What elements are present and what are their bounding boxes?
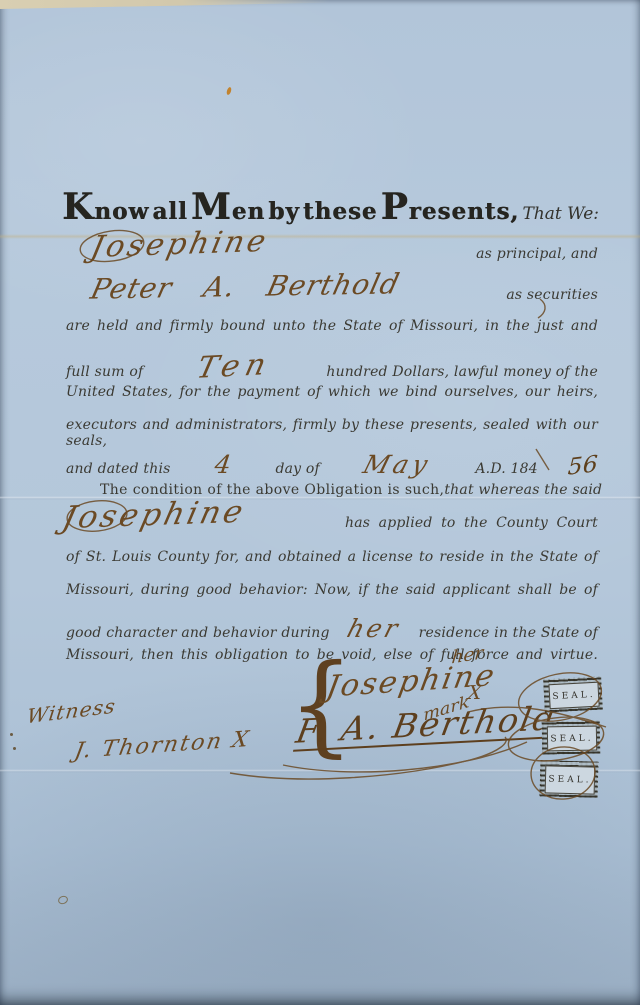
- condition-lead-tail: that whereas the said: [444, 482, 602, 498]
- handwritten-day: 4: [213, 450, 233, 479]
- heading-that-we: That We:: [522, 204, 599, 224]
- condition-line: has applied to the County Court: [345, 515, 598, 531]
- as-securities-label: as securities: [440, 287, 598, 303]
- stain: [57, 895, 69, 906]
- sum-post-text: hundred Dollars, lawful money of the: [326, 364, 598, 380]
- condition-line: Missouri, during good behavior: Now, if …: [66, 582, 598, 598]
- ink-dot: [13, 747, 16, 750]
- seal-label: SEAL.: [548, 774, 591, 785]
- stain: [226, 87, 232, 96]
- document-page: Know all Men by these Presents, That We:…: [0, 0, 640, 1005]
- handwritten-security-name: Peter A. Berthold: [88, 267, 404, 305]
- paper-top-edge: [0, 0, 330, 9]
- seal-label: SEAL.: [550, 733, 593, 744]
- witness-signature: J. Thornton X: [72, 727, 252, 764]
- as-principal-label: as principal, and: [420, 246, 598, 262]
- sum-pre-text: full sum of: [66, 364, 143, 380]
- bond-line: United States, for the payment of which …: [66, 384, 598, 400]
- handwritten-said-name: Josephine: [59, 494, 249, 536]
- heading-word: Know: [62, 186, 149, 228]
- seal-label: SEAL.: [552, 689, 596, 701]
- condition-line: of St. Louis County for, and obtained a …: [66, 549, 598, 565]
- heading-word: these: [303, 198, 378, 225]
- handwritten-year: 56: [567, 451, 598, 480]
- handwritten-principal-name: Josephine: [88, 224, 272, 265]
- heading-word: by: [268, 198, 299, 225]
- heading-word: all: [152, 198, 187, 225]
- document-heading: Know all Men by these Presents, That We:: [62, 186, 599, 228]
- seal-stamp: SEAL.: [540, 760, 599, 798]
- pronoun-pre-text: good character and behavior during: [66, 625, 330, 641]
- ink-dot: [10, 733, 13, 736]
- witness-label: Witness: [25, 694, 117, 728]
- seal-inner: SEAL.: [545, 765, 596, 794]
- dated-mid-text: day of: [275, 461, 319, 477]
- seal-inner: SEAL.: [548, 682, 599, 710]
- seal-inner: SEAL.: [547, 726, 597, 752]
- bond-line: executors and administrators, firmly by …: [66, 417, 598, 449]
- heading-word: Men: [191, 186, 265, 228]
- seal-stamp: SEAL.: [542, 720, 601, 754]
- handwritten-month: May: [360, 450, 435, 479]
- condition-pronoun-line: good character and behavior during her r…: [66, 614, 598, 643]
- handwritten-sum: Ten: [194, 347, 276, 386]
- heading-word: Presents,: [381, 186, 520, 228]
- handwritten-pronoun: her: [344, 614, 404, 643]
- bond-date-line: and dated this 4 day of May A.D. 184 56: [66, 450, 598, 479]
- seal-stamp: SEAL.: [543, 677, 603, 713]
- dated-year-text: A.D. 184: [475, 461, 538, 477]
- bond-line: are held and firmly bound unto the State…: [66, 318, 598, 334]
- condition-lead-text: The condition of the above Obligation is…: [100, 482, 444, 498]
- pronoun-post-text: residence in the State of: [419, 625, 598, 641]
- bond-sum-line: full sum of Ten hundred Dollars, lawful …: [66, 349, 598, 384]
- dated-pre-text: and dated this: [66, 461, 171, 477]
